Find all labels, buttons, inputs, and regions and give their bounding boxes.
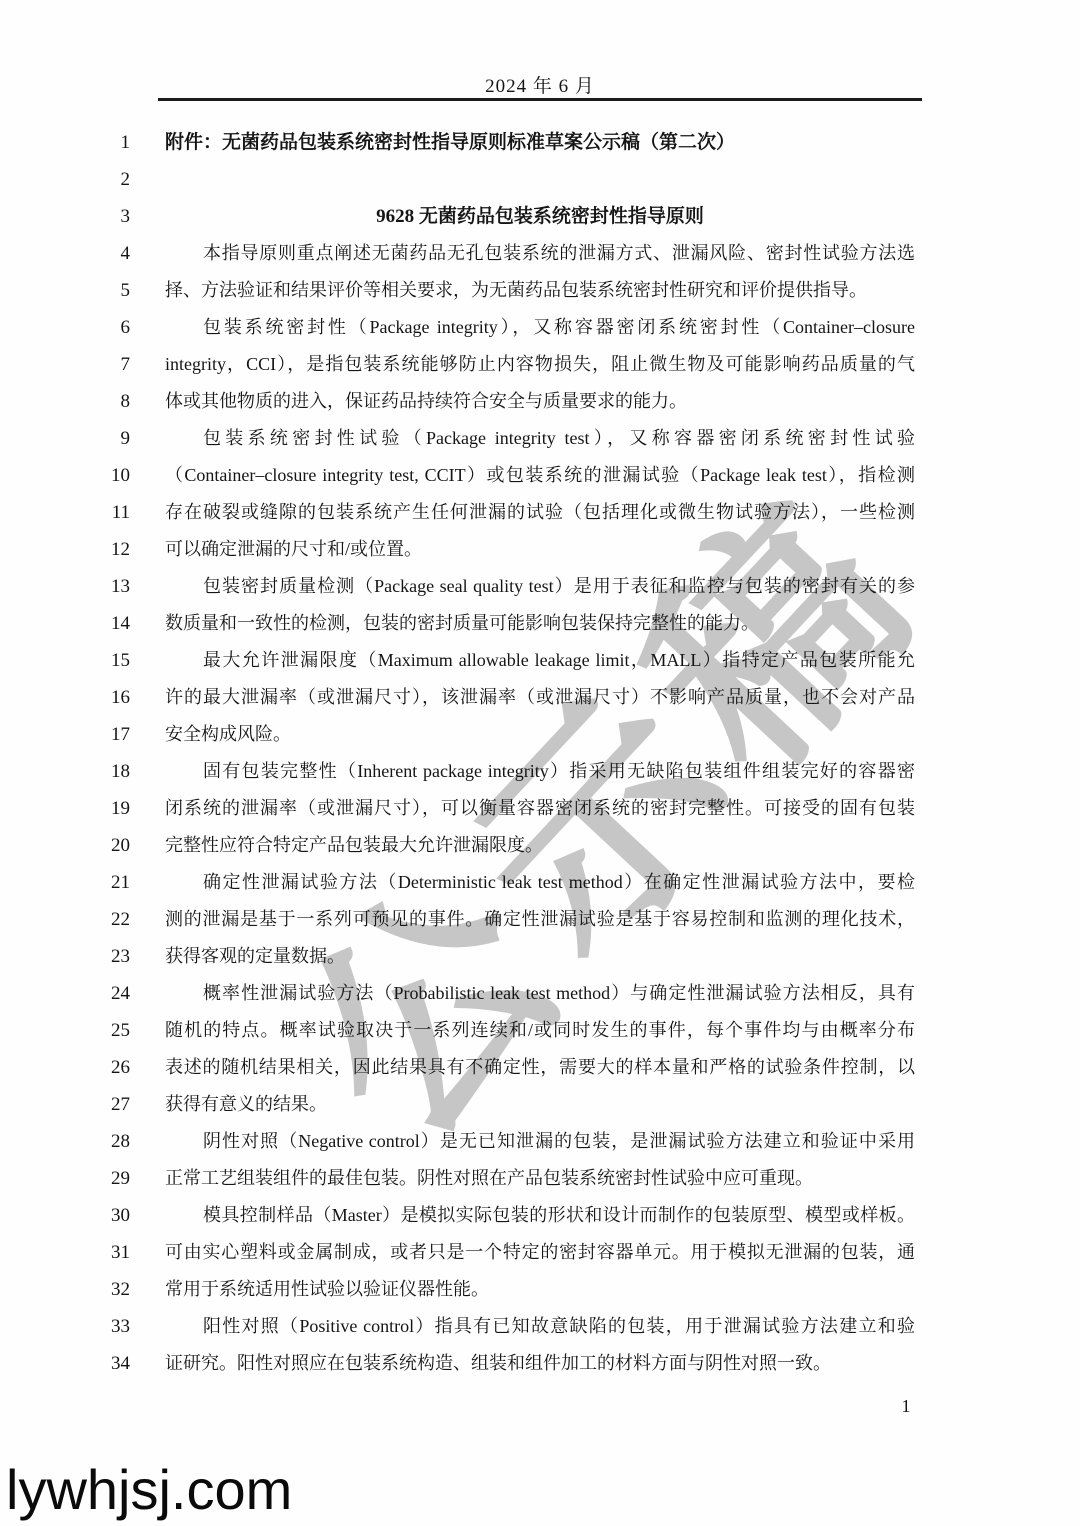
line-text: 闭系统的泄漏率（或泄漏尺寸），可以衡量容器密闭系统的密封完整性。可接受的固有包装 (165, 790, 915, 827)
doc-line: 10（Container–closure integrity test, CCI… (0, 457, 1080, 494)
line-number: 15 (0, 642, 130, 679)
line-text: 安全构成风险。 (165, 716, 915, 753)
header-date: 2024 年 6 月 (0, 71, 1080, 98)
line-number: 9 (0, 420, 130, 457)
line-number: 18 (0, 753, 130, 790)
doc-line: 7integrity，CCI），是指包装系统能够防止内容物损失，阻止微生物及可能… (0, 346, 1080, 383)
line-text: 可由实心塑料或金属制成，或者只是一个特定的密封容器单元。用于模拟无泄漏的包装，通 (165, 1234, 915, 1271)
line-number: 13 (0, 568, 130, 605)
line-number: 21 (0, 864, 130, 901)
line-number: 25 (0, 1012, 130, 1049)
line-number: 4 (0, 235, 130, 272)
doc-line: 33阳性对照（Positive control）指具有已知故意缺陷的包装，用于泄… (0, 1308, 1080, 1345)
line-text: 择、方法验证和结果评价等相关要求，为无菌药品包装系统密封性研究和评价提供指导。 (165, 272, 915, 309)
line-number: 11 (0, 494, 130, 531)
doc-line: 27获得有意义的结果。 (0, 1086, 1080, 1123)
doc-line: 22测的泄漏是基于一系列可预见的事件。确定性泄漏试验是基于容易控制和监测的理化技… (0, 901, 1080, 938)
line-text: 正常工艺组装组件的最佳包装。阴性对照在产品包装系统密封性试验中应可重现。 (165, 1160, 915, 1197)
line-number: 16 (0, 679, 130, 716)
line-text: 完整性应符合特定产品包装最大允许泄漏限度。 (165, 827, 915, 864)
line-text: 数质量和一致性的检测，包装的密封质量可能影响包装保持完整性的能力。 (165, 605, 915, 642)
line-number: 32 (0, 1271, 130, 1308)
line-number: 20 (0, 827, 130, 864)
line-text: 获得有意义的结果。 (165, 1086, 915, 1123)
numbered-lines: 1附件：无菌药品包装系统密封性指导原则标准草案公示稿（第二次）239628 无菌… (0, 124, 1080, 1382)
line-number: 24 (0, 975, 130, 1012)
line-text: 包装系统密封性试验（Package integrity test），又称容器密闭… (165, 420, 915, 457)
line-number: 8 (0, 383, 130, 420)
line-text: 模具控制样品（Master）是模拟实际包装的形状和设计而制作的包装原型、模型或样… (165, 1197, 915, 1234)
line-text: integrity，CCI），是指包装系统能够防止内容物损失，阻止微生物及可能影… (165, 346, 915, 383)
line-text: 证研究。阳性对照应在包装系统构造、组装和组件加工的材料方面与阴性对照一致。 (165, 1345, 915, 1382)
doc-line: 13包装密封质量检测（Package seal quality test）是用于… (0, 568, 1080, 605)
line-text: 阴性对照（Negative control）是无已知泄漏的包装，是泄漏试验方法建… (165, 1123, 915, 1160)
line-number: 1 (0, 124, 130, 161)
line-text: 表述的随机结果相关，因此结果具有不确定性，需要大的样本量和严格的试验条件控制，以 (165, 1049, 915, 1086)
doc-line: 6包装系统密封性（Package integrity），又称容器密闭系统密封性（… (0, 309, 1080, 346)
doc-line: 17安全构成风险。 (0, 716, 1080, 753)
site-watermark: lywhjsj.com (6, 1457, 292, 1522)
doc-line: 24概率性泄漏试验方法（Probabilistic leak test meth… (0, 975, 1080, 1012)
doc-line: 12可以确定泄漏的尺寸和/或位置。 (0, 531, 1080, 568)
line-number: 3 (0, 198, 130, 235)
line-number: 27 (0, 1086, 130, 1123)
line-number: 6 (0, 309, 130, 346)
doc-line: 23获得客观的定量数据。 (0, 938, 1080, 975)
doc-line: 11存在破裂或缝隙的包装系统产生任何泄漏的试验（包括理化或微生物试验方法），一些… (0, 494, 1080, 531)
line-number: 33 (0, 1308, 130, 1345)
doc-line: 39628 无菌药品包装系统密封性指导原则 (0, 198, 1080, 235)
line-text: 随机的特点。概率试验取决于一系列连续和/或同时发生的事件，每个事件均与由概率分布 (165, 1012, 915, 1049)
line-text: 获得客观的定量数据。 (165, 938, 915, 975)
line-number: 22 (0, 901, 130, 938)
line-number: 17 (0, 716, 130, 753)
line-text: 附件：无菌药品包装系统密封性指导原则标准草案公示稿（第二次） (165, 124, 915, 161)
line-number: 26 (0, 1049, 130, 1086)
doc-line: 2 (0, 161, 1080, 198)
line-text: 阳性对照（Positive control）指具有已知故意缺陷的包装，用于泄漏试… (165, 1308, 915, 1345)
page-number: 1 (876, 1396, 936, 1417)
line-number: 29 (0, 1160, 130, 1197)
line-text (165, 161, 915, 198)
line-text: 测的泄漏是基于一系列可预见的事件。确定性泄漏试验是基于容易控制和监测的理化技术， (165, 901, 915, 938)
line-number: 19 (0, 790, 130, 827)
line-number: 5 (0, 272, 130, 309)
doc-line: 9包装系统密封性试验（Package integrity test），又称容器密… (0, 420, 1080, 457)
doc-line: 26表述的随机结果相关，因此结果具有不确定性，需要大的样本量和严格的试验条件控制… (0, 1049, 1080, 1086)
doc-line: 29正常工艺组装组件的最佳包装。阴性对照在产品包装系统密封性试验中应可重现。 (0, 1160, 1080, 1197)
line-number: 34 (0, 1345, 130, 1382)
document-page: 2024 年 6 月 公示稿 1附件：无菌药品包装系统密封性指导原则标准草案公示… (0, 0, 1080, 1526)
line-number: 12 (0, 531, 130, 568)
doc-line: 14数质量和一致性的检测，包装的密封质量可能影响包装保持完整性的能力。 (0, 605, 1080, 642)
doc-line: 5择、方法验证和结果评价等相关要求，为无菌药品包装系统密封性研究和评价提供指导。 (0, 272, 1080, 309)
line-number: 7 (0, 346, 130, 383)
doc-line: 19闭系统的泄漏率（或泄漏尺寸），可以衡量容器密闭系统的密封完整性。可接受的固有… (0, 790, 1080, 827)
line-number: 10 (0, 457, 130, 494)
doc-line: 34证研究。阳性对照应在包装系统构造、组装和组件加工的材料方面与阴性对照一致。 (0, 1345, 1080, 1382)
line-text: （Container–closure integrity test, CCIT）… (165, 457, 915, 494)
doc-line: 8体或其他物质的进入，保证药品持续符合安全与质量要求的能力。 (0, 383, 1080, 420)
line-text: 包装系统密封性（Package integrity），又称容器密闭系统密封性（C… (165, 309, 915, 346)
doc-line: 21确定性泄漏试验方法（Deterministic leak test meth… (0, 864, 1080, 901)
doc-line: 25随机的特点。概率试验取决于一系列连续和/或同时发生的事件，每个事件均与由概率… (0, 1012, 1080, 1049)
line-number: 14 (0, 605, 130, 642)
doc-line: 15最大允许泄漏限度（Maximum allowable leakage lim… (0, 642, 1080, 679)
line-number: 30 (0, 1197, 130, 1234)
line-text: 许的最大泄漏率（或泄漏尺寸），该泄漏率（或泄漏尺寸）不影响产品质量，也不会对产品 (165, 679, 915, 716)
line-text: 可以确定泄漏的尺寸和/或位置。 (165, 531, 915, 568)
doc-line: 30模具控制样品（Master）是模拟实际包装的形状和设计而制作的包装原型、模型… (0, 1197, 1080, 1234)
doc-line: 16许的最大泄漏率（或泄漏尺寸），该泄漏率（或泄漏尺寸）不影响产品质量，也不会对… (0, 679, 1080, 716)
line-text: 存在破裂或缝隙的包装系统产生任何泄漏的试验（包括理化或微生物试验方法），一些检测 (165, 494, 915, 531)
doc-line: 31可由实心塑料或金属制成，或者只是一个特定的密封容器单元。用于模拟无泄漏的包装… (0, 1234, 1080, 1271)
header-rule (158, 98, 922, 101)
doc-line: 4本指导原则重点阐述无菌药品无孔包装系统的泄漏方式、泄漏风险、密封性试验方法选 (0, 235, 1080, 272)
line-text: 本指导原则重点阐述无菌药品无孔包装系统的泄漏方式、泄漏风险、密封性试验方法选 (165, 235, 915, 272)
line-text: 常用于系统适用性试验以验证仪器性能。 (165, 1271, 915, 1308)
doc-line: 1附件：无菌药品包装系统密封性指导原则标准草案公示稿（第二次） (0, 124, 1080, 161)
line-number: 2 (0, 161, 130, 198)
doc-line: 32常用于系统适用性试验以验证仪器性能。 (0, 1271, 1080, 1308)
doc-line: 20完整性应符合特定产品包装最大允许泄漏限度。 (0, 827, 1080, 864)
line-text: 包装密封质量检测（Package seal quality test）是用于表征… (165, 568, 915, 605)
line-text: 9628 无菌药品包装系统密封性指导原则 (165, 198, 915, 235)
line-number: 23 (0, 938, 130, 975)
doc-line: 28阴性对照（Negative control）是无已知泄漏的包装，是泄漏试验方… (0, 1123, 1080, 1160)
line-number: 28 (0, 1123, 130, 1160)
line-text: 固有包装完整性（Inherent package integrity）指采用无缺… (165, 753, 915, 790)
line-text: 最大允许泄漏限度（Maximum allowable leakage limit… (165, 642, 915, 679)
line-text: 体或其他物质的进入，保证药品持续符合安全与质量要求的能力。 (165, 383, 915, 420)
line-text: 确定性泄漏试验方法（Deterministic leak test method… (165, 864, 915, 901)
line-number: 31 (0, 1234, 130, 1271)
line-text: 概率性泄漏试验方法（Probabilistic leak test method… (165, 975, 915, 1012)
doc-line: 18固有包装完整性（Inherent package integrity）指采用… (0, 753, 1080, 790)
